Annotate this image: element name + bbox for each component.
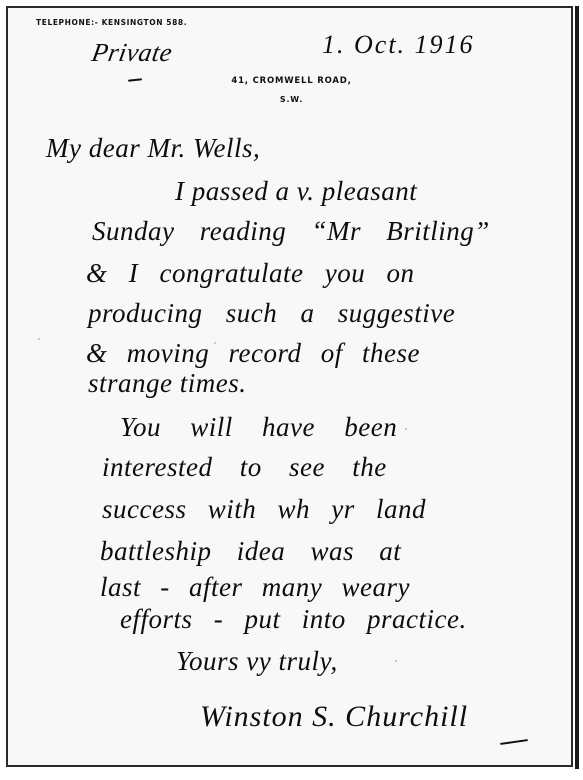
body-line: success with wh yr land [102,494,426,525]
private-annotation: Private [89,38,174,68]
body-line: interested to see the [102,452,387,483]
letterhead-telephone: TELEPHONE:- KENSINGTON 588. [36,18,187,27]
body-line: last - after many weary [100,572,410,603]
letterhead-address-district: S.W. [0,95,583,104]
paper-speck [395,660,397,662]
paper-speck [214,342,216,344]
paper-speck [405,428,407,430]
body-line: battleship idea was at [100,536,401,567]
body-line: efforts - put into practice. [120,604,467,635]
letter-signature: Winston S. Churchill [200,700,468,734]
body-line: & I congratulate you on [86,258,414,289]
letterhead-address-street: 41, CROMWELL ROAD, [0,76,583,86]
letter-salutation: My dear Mr. Wells, [46,133,260,164]
body-line: I passed a v. pleasant [175,176,417,207]
body-line: & moving record of these [86,338,420,369]
letter-date: 1. Oct. 1916 [322,30,475,60]
body-line: strange times. [88,368,247,399]
letter-closing: Yours vy truly, [176,646,338,677]
body-line: Sunday reading “Mr Britling” [92,216,490,247]
body-line: You will have been [120,412,397,443]
paper-speck [38,338,40,340]
frame-shadow [575,6,579,769]
body-line: producing such a suggestive [88,298,455,329]
